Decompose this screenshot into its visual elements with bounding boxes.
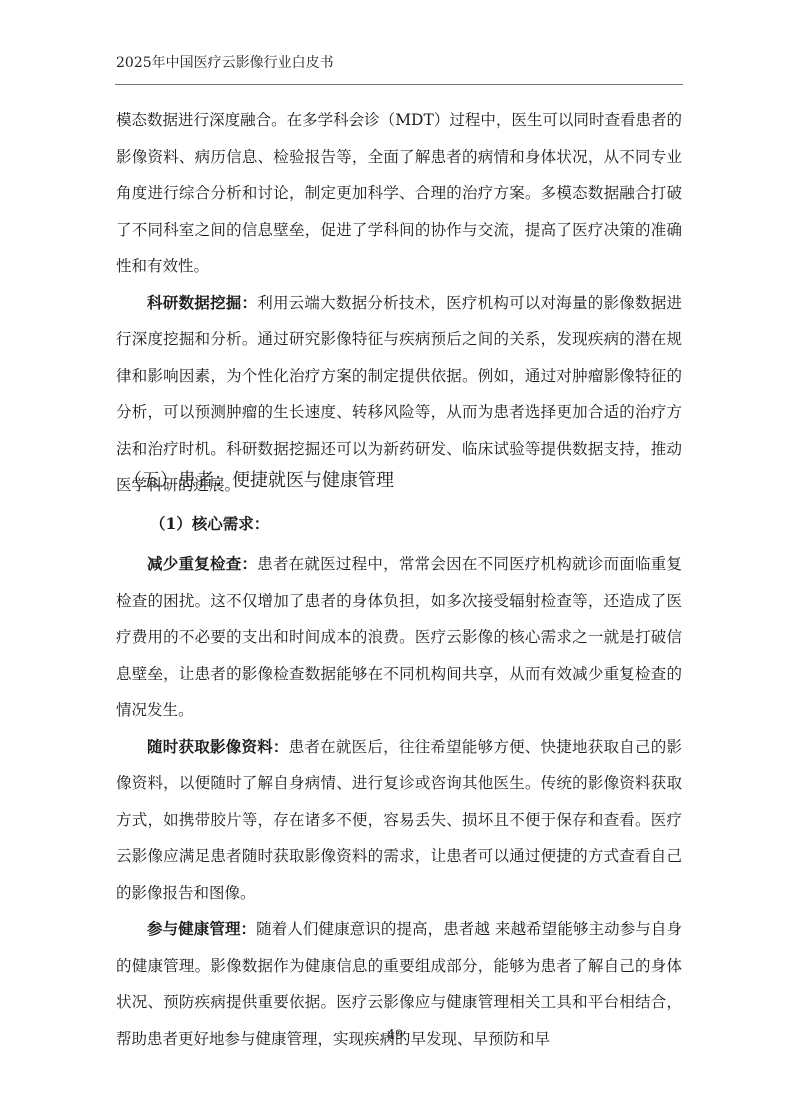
paragraph-term: 科研数据挖掘：	[147, 293, 257, 312]
paragraph-text: 患者在就医过程中，常常会因在不同医疗机构就诊而面临重复检查的困扰。这不仅增加了患…	[116, 555, 682, 719]
body-text-top: 模态数据进行深度融合。在多学科会诊（MDT）过程中，医生可以同时查看患者的影像资…	[116, 102, 682, 504]
paragraph-multimodal-fusion: 模态数据进行深度融合。在多学科会诊（MDT）过程中，医生可以同时查看患者的影像资…	[116, 102, 682, 285]
paragraph-term: 参与健康管理：	[147, 919, 256, 938]
paragraph-reduce-repeat-exams: 减少重复检查：患者在就医过程中，常常会因在不同医疗机构就诊而面临重复检查的困扰。…	[116, 546, 682, 729]
page-number: 49	[0, 1028, 790, 1043]
paragraph-access-images-anytime: 随时获取影像资料：患者在就医后，往往希望能够方便、快捷地获取自己的影像资料，以便…	[116, 729, 682, 912]
body-text-bottom: 减少重复检查：患者在就医过程中，常常会因在不同医疗机构就诊而面临重复检查的困扰。…	[116, 546, 682, 1057]
paragraph-term: 随时获取影像资料：	[147, 737, 289, 756]
document-header-title: 2025年中国医疗云影像行业白皮书	[116, 52, 334, 72]
paragraph-text: 模态数据进行深度融合。在多学科会诊（MDT）过程中，医生可以同时查看患者的影像资…	[116, 111, 682, 275]
subsection-heading: （1）核心需求：	[150, 512, 269, 534]
section-heading: （五）患者：便捷就医与健康管理	[124, 466, 394, 492]
paragraph-term: 减少重复检查：	[147, 554, 257, 573]
header-divider	[115, 84, 683, 85]
paragraph-text: 患者在就医后，往往希望能够方便、快捷地获取自己的影像资料，以便随时了解自身病情、…	[116, 738, 682, 902]
paragraph-text: 利用云端大数据分析技术，医疗机构可以对海量的影像数据进行深度挖掘和分析。通过研究…	[116, 294, 682, 495]
